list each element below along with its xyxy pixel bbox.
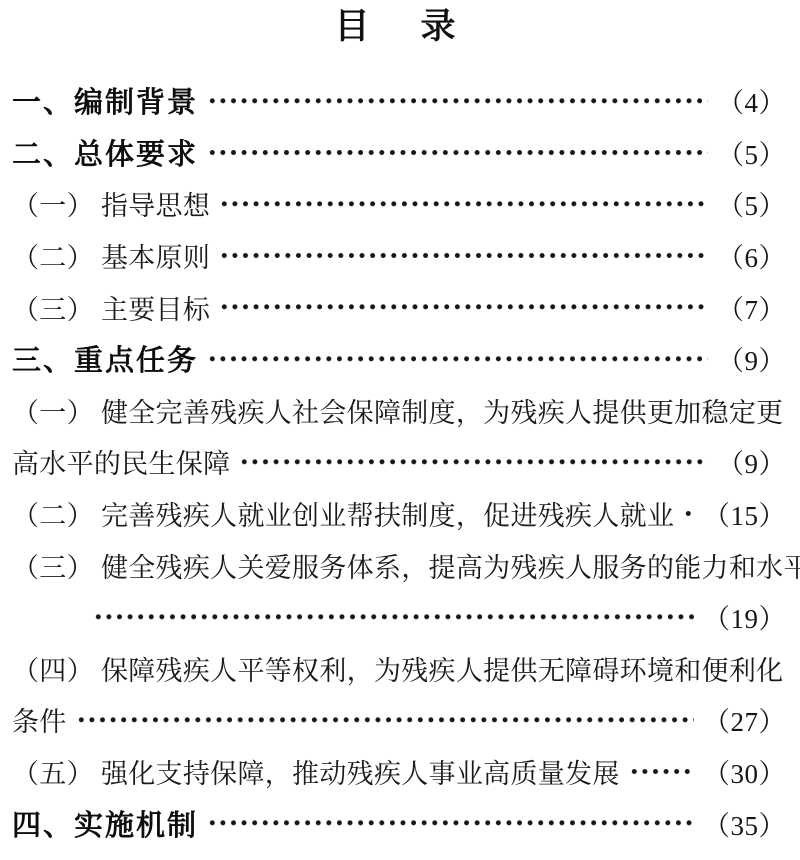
page-number: （4） [717, 81, 786, 120]
page-title: 目 录 [12, 6, 786, 48]
page-number: （5） [717, 133, 786, 172]
dot-leader [91, 591, 694, 643]
dot-leader [205, 797, 694, 849]
page-number: （9） [717, 339, 786, 378]
dot-leader [205, 333, 708, 385]
toc-entry: 一、编制背景（4） [12, 75, 786, 127]
dot-leader [627, 746, 694, 798]
page-number: （5） [717, 184, 786, 223]
toc-entry-text: （一） 指导思想 [12, 184, 210, 223]
toc-entry: （一） 指导思想（5） [12, 178, 786, 230]
toc-entry: （四） 保障残疾人平等权利，为残疾人提供无障碍环境和便利化 [12, 643, 786, 695]
toc-entry-text: （二） 完善残疾人就业创业帮扶制度，促进残疾人就业 [12, 494, 674, 533]
toc-entry-text: （三） 健全残疾人关爱服务体系，提高为残疾人服务的能力和水平 [12, 546, 800, 585]
page-number: （6） [717, 236, 786, 275]
page-number: （27） [703, 700, 786, 739]
toc-entry: 三、重点任务（9） [12, 333, 786, 385]
toc-entry: 条件（27） [12, 694, 786, 746]
toc-entry: （二） 完善残疾人就业创业帮扶制度，促进残疾人就业（15） [12, 488, 786, 540]
toc-entry: （三） 主要目标（7） [12, 281, 786, 333]
toc-entry-text: （二） 基本原则 [12, 236, 210, 275]
toc-entry: （一） 健全完善残疾人社会保障制度，为残疾人提供更加稳定更 [12, 385, 786, 437]
toc-entry-text: （三） 主要目标 [12, 288, 210, 327]
dot-leader [681, 488, 694, 540]
toc-entry: 四、实施机制 （35） [12, 797, 786, 849]
page-number: （15） [703, 494, 786, 533]
dot-leader [237, 436, 708, 488]
toc-entry-text: 条件 [12, 700, 67, 739]
dot-leader [205, 127, 708, 179]
dot-leader [217, 281, 708, 333]
toc-entry: 二、总体要求（5） [12, 127, 786, 179]
toc-entry-text: 高水平的民生保障 [12, 442, 230, 481]
page-number: （19） [703, 597, 786, 636]
dot-leader [74, 694, 694, 746]
toc-entry-text: （一） 健全完善残疾人社会保障制度，为残疾人提供更加稳定更 [12, 391, 783, 430]
dot-leader [205, 75, 708, 127]
toc-entry: （五） 强化支持保障，推动残疾人事业高质量发展（30） [12, 746, 786, 798]
toc-entry: 高水平的民生保障（9） [12, 436, 786, 488]
toc-entry: （19） [12, 591, 786, 643]
page-number: （7） [717, 288, 786, 327]
toc-entry: （三） 健全残疾人关爱服务体系，提高为残疾人服务的能力和水平 [12, 539, 786, 591]
dot-leader [217, 178, 708, 230]
toc-entry: （二） 基本原则（6） [12, 230, 786, 282]
toc-entry-text: 一、编制背景 [12, 80, 198, 121]
page-number: （30） [703, 752, 786, 791]
document-page: 目 录 一、编制背景（4）二、总体要求（5）（一） 指导思想（5）（二） 基本原… [0, 0, 800, 860]
toc-entry-text: 三、重点任务 [12, 338, 198, 379]
toc-entry-text: （五） 强化支持保障，推动残疾人事业高质量发展 [12, 752, 620, 791]
page-number: （9） [717, 442, 786, 481]
page-number: （35） [703, 804, 786, 843]
toc-entry-text: 四、实施机制 [12, 803, 198, 844]
toc-list: 一、编制背景（4）二、总体要求（5）（一） 指导思想（5）（二） 基本原则（6）… [12, 75, 786, 849]
toc-entry-text: 二、总体要求 [12, 132, 198, 173]
dot-leader [217, 230, 708, 282]
toc-entry-text: （四） 保障残疾人平等权利，为残疾人提供无障碍环境和便利化 [12, 649, 783, 688]
